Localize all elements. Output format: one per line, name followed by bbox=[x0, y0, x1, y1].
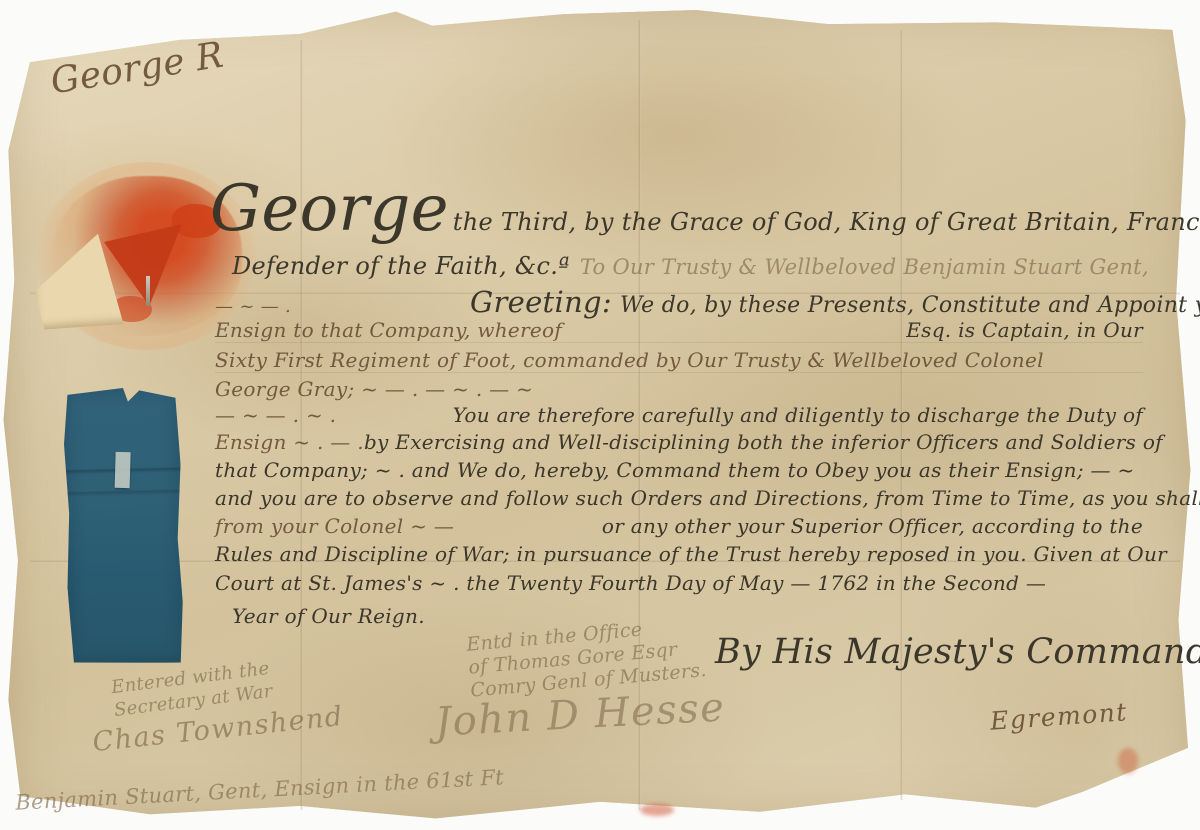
greeting-rest: We do, by these Presents, Constitute and… bbox=[620, 293, 1200, 318]
line-left-text: Sixty First Regiment of Foot, commanded … bbox=[215, 348, 1044, 372]
commission-document-scan: George R George the Third, by the Grace … bbox=[0, 0, 1200, 830]
red-smudge bbox=[640, 804, 674, 816]
heading-line-2-pen: To Our Trusty & Wellbeloved Benjamin Stu… bbox=[580, 255, 1149, 279]
line-orders-directions: and you are to observe and follow such O… bbox=[215, 486, 1143, 510]
line-left-text: — ~ — . ~ . bbox=[215, 403, 336, 427]
line-obey-command: that Company; ~ . and We do, hereby, Com… bbox=[215, 458, 1143, 482]
line-left-text: from your Colonel ~ — bbox=[215, 514, 454, 538]
command-line: By His Majesty's Command bbox=[715, 632, 1200, 672]
line-left-text: that Company; ~ . and We do, hereby, Com… bbox=[215, 458, 1135, 482]
line-right-text: Esq. is Captain, in Our bbox=[906, 318, 1143, 342]
line-superior-officer: from your Colonel ~ — or any other your … bbox=[215, 514, 1143, 538]
line-left-text: Court at St. James's ~ . the Twenty Four… bbox=[215, 571, 1046, 595]
heading-line-1-rest: the Third, by the Grace of God, King of … bbox=[453, 208, 1200, 236]
heading-initial-word: George bbox=[210, 184, 449, 235]
line-left-text: Ensign ~ . — . bbox=[215, 430, 364, 454]
line-right-text: by Exercising and Well-disciplining both… bbox=[364, 430, 1163, 454]
line-rules-discipline: Rules and Discipline of War; in pursuanc… bbox=[215, 542, 1143, 566]
heading-line-2-engraved: Defender of the Faith, &c.ª bbox=[232, 252, 570, 280]
line-left-text: George Gray; ~ — . — ~ . — ~ bbox=[215, 377, 533, 401]
red-smudge bbox=[1118, 748, 1138, 774]
line-ensign-company: Ensign to that Company, whereof Esq. is … bbox=[215, 318, 1143, 343]
stamp-vellum-slit bbox=[115, 452, 131, 488]
line-regiment: Sixty First Regiment of Foot, commanded … bbox=[215, 348, 1143, 373]
heading-line-2: Defender of the Faith, &c.ª To Our Trust… bbox=[232, 252, 1152, 280]
heading-line-1: George the Third, by the Grace of God, K… bbox=[210, 184, 1150, 236]
seal-pin bbox=[146, 276, 150, 306]
line-exercising: Ensign ~ . — . by Exercising and Well-di… bbox=[215, 430, 1143, 454]
greeting-filler-dashes: — ~ — . bbox=[215, 296, 470, 317]
greeting-line: — ~ — . Greeting: We do, by these Presen… bbox=[215, 285, 1143, 319]
line-left-text: Year of Our Reign. bbox=[232, 604, 425, 628]
line-right-text: or any other your Superior Officer, acco… bbox=[602, 514, 1143, 538]
blue-duty-stamp bbox=[63, 387, 186, 666]
line-colonel-name: George Gray; ~ — . — ~ . — ~ bbox=[215, 377, 1143, 401]
line-left-text: Rules and Discipline of War; in pursuanc… bbox=[215, 542, 1167, 566]
line-right-text: You are therefore carefully and diligent… bbox=[453, 403, 1143, 427]
line-you-are-therefore: — ~ — . ~ . You are therefore carefully … bbox=[215, 403, 1143, 427]
line-left-text: Ensign to that Company, whereof bbox=[215, 318, 562, 342]
line-left-text: and you are to observe and follow such O… bbox=[215, 486, 1200, 510]
line-court-date: Court at St. James's ~ . the Twenty Four… bbox=[215, 571, 1143, 595]
greeting-word: Greeting: bbox=[470, 285, 612, 319]
